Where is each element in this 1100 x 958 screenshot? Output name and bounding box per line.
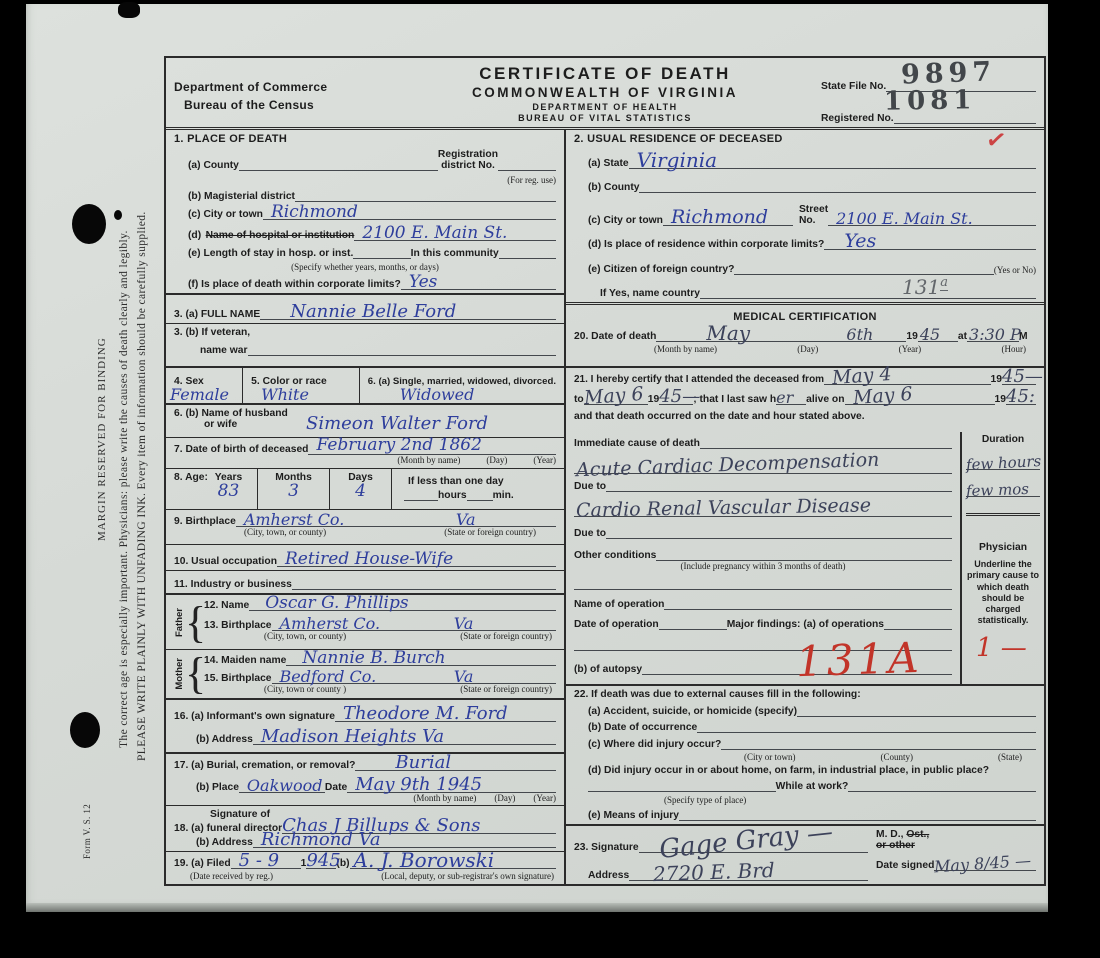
due-to-1-label: Due to bbox=[574, 481, 606, 492]
county-line bbox=[239, 157, 438, 171]
specify-years-note: (Specify whether years, months, or days) bbox=[174, 262, 556, 272]
father-side-label: Father bbox=[174, 608, 185, 637]
md-label: M. D., Ost., bbox=[876, 829, 1036, 840]
father-side-label-wrap: Father { bbox=[174, 597, 204, 647]
section-place-of-death: 1. PLACE OF DEATH (a) County Registratio… bbox=[166, 130, 564, 295]
left-column: 1. PLACE OF DEATH (a) County Registratio… bbox=[166, 130, 566, 884]
red-file-number: 131A bbox=[795, 637, 923, 683]
operation-label: Name of operation bbox=[574, 599, 664, 610]
mother-side-label: Mother bbox=[174, 658, 185, 690]
yes-or-no-note: (Yes or No) bbox=[994, 265, 1036, 275]
injury-place-line bbox=[588, 778, 776, 792]
informant-address-label: (b) Address bbox=[174, 734, 253, 745]
spouse-value: Simeon Walter Ford bbox=[306, 415, 488, 433]
duration-label: Duration bbox=[966, 434, 1040, 445]
in-this-community-line bbox=[499, 245, 556, 259]
burial-label: 17. (a) Burial, cremation, or removal? bbox=[174, 760, 355, 771]
father-name-label: 12. Name bbox=[204, 600, 249, 611]
magisterial-district-line bbox=[295, 188, 556, 202]
death-hour-value: 3:30 P. bbox=[969, 327, 1023, 343]
means-of-injury-label: (e) Means of injury bbox=[588, 810, 679, 821]
section-filed: 19. (a) Filed 5 - 9 1 945 (b) A. J. Boro… bbox=[166, 852, 564, 884]
injury-where-label: (c) Where did injury occur? bbox=[588, 739, 721, 750]
from-year-value: 45— bbox=[1002, 368, 1043, 386]
alive-year-value: 45: bbox=[1006, 388, 1035, 406]
section-birthplace: 9. Birthplace Amherst Co. Va (City, town… bbox=[166, 510, 564, 545]
mother-name-value: Nannie B. Burch bbox=[302, 650, 445, 667]
due-to-1-line bbox=[606, 478, 952, 492]
filed-note-a: (Date received by reg.) bbox=[190, 871, 273, 881]
residence-county-label: (b) County bbox=[588, 182, 639, 193]
full-name-label: 3. (a) FULL NAME bbox=[174, 309, 260, 320]
for-reg-use-note: (For reg. use) bbox=[174, 175, 556, 185]
place-of-death-heading: 1. PLACE OF DEATH bbox=[174, 133, 556, 145]
registered-label: Registered No. bbox=[821, 113, 894, 124]
death-month-note: (Month by name) bbox=[654, 344, 717, 354]
cause-duration-value: few hours bbox=[966, 454, 1042, 473]
pencil-number-sup: a bbox=[940, 275, 948, 291]
father-state-value: Va bbox=[454, 616, 474, 632]
external-causes-heading: 22. If death was due to external causes … bbox=[574, 689, 1036, 700]
section-mother: Mother { 14. Maiden name Nannie B. Burch… bbox=[166, 650, 564, 700]
attended-to-value: May 6 bbox=[583, 385, 644, 408]
signature-label: 23. Signature bbox=[574, 842, 639, 853]
mother-state-note: (State or foreign country) bbox=[460, 684, 552, 694]
section-occupation: 10. Usual occupation Retired House-Wife bbox=[166, 545, 564, 571]
form-header: Department of Commerce Bureau of the Cen… bbox=[166, 58, 1044, 130]
informant-signature-value: Theodore M. Ford bbox=[343, 705, 508, 723]
burial-place-value: Oakwood bbox=[247, 778, 323, 794]
veteran-line bbox=[248, 342, 556, 356]
immediate-cause-line1 bbox=[700, 435, 952, 449]
birthplace-label: 9. Birthplace bbox=[174, 516, 236, 527]
pencil-number: 131a bbox=[902, 275, 948, 299]
hospital-line-value: 2100 E. Main St. bbox=[362, 225, 507, 242]
section-physician-signature: 23. Signature Gage Gray — Address 2720 E… bbox=[566, 826, 1044, 884]
due-to-1-value: Cardio Renal Vascular Disease bbox=[576, 496, 871, 520]
red-checkmark: ✓ bbox=[984, 124, 1009, 156]
father-state-note: (State or foreign country) bbox=[460, 631, 552, 641]
dob-day-note: (Day) bbox=[486, 455, 507, 465]
while-at-work-line bbox=[848, 778, 1036, 792]
city-or-town-label: (c) City or town bbox=[188, 209, 263, 220]
physician-label: Physician bbox=[966, 542, 1040, 553]
operation-date-label: Date of operation bbox=[574, 619, 659, 630]
section-veteran: 3. (b) If veteran, name war bbox=[166, 324, 564, 368]
form-number: Form V. S. 12 bbox=[82, 776, 92, 886]
birthplace-value: Amherst Co. bbox=[244, 512, 345, 528]
title-block: CERTIFICATE OF DEATH COMMONWEALTH OF VIR… bbox=[389, 64, 821, 123]
hours-line bbox=[404, 487, 438, 501]
burial-day-note: (Day) bbox=[494, 793, 515, 803]
mother-brace: { bbox=[185, 654, 206, 694]
residence-corporate-value: Yes bbox=[844, 232, 876, 251]
funeral-address-value: Richmond Va bbox=[261, 831, 381, 849]
burial-value: Burial bbox=[395, 754, 451, 772]
means-of-injury-line bbox=[679, 807, 1036, 821]
burial-date-value: May 9th 1945 bbox=[355, 776, 482, 794]
accident-line bbox=[797, 703, 1036, 717]
burial-year-note: (Year) bbox=[533, 793, 556, 803]
red-statistical-mark: 1 — bbox=[966, 635, 1040, 661]
due-to-2-line bbox=[606, 525, 952, 539]
father-birthplace-value: Amherst Co. bbox=[280, 616, 381, 632]
name-country-label: If Yes, name country bbox=[588, 288, 700, 299]
occupation-value: Retired House-Wife bbox=[285, 551, 453, 568]
length-of-stay-label: (e) Length of stay in hosp. or inst. bbox=[188, 248, 353, 259]
death-year-note: (Year) bbox=[899, 344, 922, 354]
operation-line bbox=[664, 596, 952, 610]
specify-place-note: (Specify type of place) bbox=[574, 795, 1036, 805]
death-year-printed: 19 bbox=[906, 331, 917, 342]
commonwealth-title: COMMONWEALTH OF VIRGINIA bbox=[389, 85, 821, 100]
age-months-value: 3 bbox=[266, 483, 321, 500]
section-funeral-director: Signature of 18. (a) funeral director Ch… bbox=[166, 806, 564, 852]
min-line bbox=[467, 487, 493, 501]
bureau-of-vital-statistics: BUREAU OF VITAL STATISTICS bbox=[389, 113, 821, 123]
death-certificate-form: Department of Commerce Bureau of the Cen… bbox=[164, 56, 1046, 886]
operation-date-line bbox=[659, 616, 727, 630]
registration-district-label: Registration district No. bbox=[438, 149, 498, 172]
father-birthplace-label: 13. Birthplace bbox=[204, 620, 272, 631]
duration-physician-sidebar: Duration few hours few mos Physician Und… bbox=[960, 432, 1044, 684]
hospital-label: Name of hospital or institution bbox=[206, 230, 355, 241]
residence-city-value: Richmond bbox=[671, 208, 768, 227]
mother-name-label: 14. Maiden name bbox=[204, 655, 286, 666]
burial-place-label: (b) Place bbox=[174, 782, 239, 793]
due-to-2-label: Due to bbox=[574, 528, 606, 539]
min-label: min. bbox=[493, 490, 514, 501]
funeral-address-label: (b) Address bbox=[174, 837, 253, 848]
filed-note-b: (Local, deputy, or sub-registrar's own s… bbox=[381, 871, 554, 881]
dob-year-note: (Year) bbox=[533, 455, 556, 465]
date-of-death-label: 20. Date of death bbox=[574, 331, 656, 342]
citizen-foreign-label: (e) Citizen of foreign country? bbox=[588, 264, 734, 275]
marital-value: Widowed bbox=[400, 387, 475, 403]
accident-label: (a) Accident, suicide, or homicide (spec… bbox=[588, 706, 797, 717]
certify-text-2: ; that I last saw h bbox=[693, 394, 776, 405]
to-year-printed: 19 bbox=[648, 394, 659, 405]
corporate-limits-value: Yes bbox=[409, 274, 438, 291]
to-label: to bbox=[574, 394, 584, 405]
certificate-title: CERTIFICATE OF DEATH bbox=[389, 64, 821, 84]
department-of-health: DEPARTMENT OF HEALTH bbox=[389, 102, 821, 112]
reg-label-2: district No. bbox=[441, 160, 495, 171]
industry-label: 11. Industry or business bbox=[174, 579, 292, 590]
age-label: 8. Age: bbox=[174, 472, 208, 506]
injury-city-note: (City or town) bbox=[744, 752, 796, 762]
section-full-name: 3. (a) FULL NAME Nannie Belle Ford bbox=[166, 295, 564, 324]
county-label: (a) County bbox=[188, 160, 239, 171]
race-value: White bbox=[261, 387, 309, 403]
street-label-2: No. bbox=[799, 215, 816, 226]
filed-year-value: 945 bbox=[306, 852, 340, 870]
section-informant: 16. (a) Informant's own signature Theodo… bbox=[166, 700, 564, 754]
in-this-community-label: In this community bbox=[411, 248, 499, 259]
registration-district-line bbox=[498, 157, 556, 171]
alive-on-label: alive on bbox=[806, 394, 844, 405]
injury-where-line bbox=[721, 736, 1036, 750]
street-no-value: 2100 E. Main St. bbox=[836, 211, 973, 227]
street-label-1: Street bbox=[799, 204, 828, 215]
name-country-line bbox=[700, 285, 1036, 299]
agency-line1: Department of Commerce bbox=[174, 78, 389, 96]
section-burial: 17. (a) Burial, cremation, or removal? B… bbox=[166, 754, 564, 806]
death-day-note: (Day) bbox=[797, 344, 818, 354]
city-or-town-value: Richmond bbox=[271, 204, 358, 221]
reg-label-1: Registration bbox=[438, 149, 498, 160]
mother-birthplace-label: 15. Birthplace bbox=[204, 673, 272, 684]
occurrence-date-line bbox=[697, 719, 1036, 733]
age-years-value: 83 bbox=[208, 483, 249, 500]
residence-corporate-label: (d) Is place of residence within corpora… bbox=[588, 239, 824, 250]
margin-instruction-line2: The correct age is especially important.… bbox=[118, 84, 130, 894]
section-spouse: 6. (b) Name of husband or wife Simeon Wa… bbox=[166, 405, 564, 438]
section-sex-race-marital: 4. Sex Female 5. Color or race White 6. … bbox=[166, 368, 564, 405]
major-findings-line bbox=[884, 616, 952, 630]
mother-side-label-wrap: Mother { bbox=[174, 652, 204, 696]
due1-duration-value: few mos bbox=[966, 482, 1029, 499]
to-year-value: 45— bbox=[659, 388, 700, 406]
pencil-number-digits: 131 bbox=[902, 275, 940, 299]
duration-rule bbox=[966, 497, 1040, 516]
magisterial-district-label: (b) Magisterial district bbox=[188, 191, 295, 202]
street-no-label: Street No. bbox=[793, 204, 828, 227]
industry-line bbox=[292, 576, 556, 590]
punch-hole-top bbox=[72, 204, 106, 244]
corporate-limits-label: (f) Is place of death within corporate l… bbox=[188, 279, 401, 290]
ost-struck: Ost., bbox=[906, 829, 929, 840]
issuing-agency: Department of Commerce Bureau of the Cen… bbox=[174, 64, 389, 123]
dob-month-note: (Month by name) bbox=[397, 455, 460, 465]
saw-her-value: er bbox=[776, 390, 793, 406]
certify-text-3: and that death occurred on the date and … bbox=[574, 411, 1036, 422]
mother-state-value: Va bbox=[454, 669, 474, 685]
death-year-value: 45 bbox=[920, 327, 940, 343]
certify-text-1: 21. I hereby certify that I attended the… bbox=[574, 374, 824, 385]
registered-line bbox=[894, 110, 1036, 124]
citizen-foreign-line bbox=[734, 261, 993, 275]
father-name-value: Oscar G. Phillips bbox=[265, 595, 408, 612]
residence-county-line bbox=[639, 179, 1036, 193]
other-conditions-label: Other conditions bbox=[574, 550, 656, 561]
informant-signature-label: 16. (a) Informant's own signature bbox=[174, 711, 335, 722]
section-age: 8. Age: Years 83 Months 3 Days 4 bbox=[166, 469, 564, 510]
immediate-cause-label: Immediate cause of death bbox=[574, 438, 700, 449]
state-file-label: State File No. bbox=[821, 81, 886, 92]
residence-state-label: (a) State bbox=[588, 158, 629, 169]
veteran-label-1: 3. (b) If veteran, bbox=[174, 327, 556, 338]
section-date-of-birth: 7. Date of birth of deceased February 2n… bbox=[166, 438, 564, 469]
agency-line2: Bureau of the Census bbox=[174, 96, 389, 114]
date-signed-label: Date signed bbox=[876, 860, 934, 871]
section-residence: ✓ 2. USUAL RESIDENCE OF DECEASED (a) Sta… bbox=[566, 130, 1044, 305]
residence-city-label: (c) City or town bbox=[588, 215, 663, 226]
causes-main: Immediate cause of death Acute Cardiac D… bbox=[566, 432, 960, 684]
physician-signature-value: Gage Gray — bbox=[658, 819, 834, 863]
major-findings-label: Major findings: (a) of operations bbox=[727, 619, 884, 630]
while-at-work-label: While at work? bbox=[776, 781, 849, 792]
physician-address-label: Address bbox=[574, 870, 629, 881]
burial-date-label: Date bbox=[325, 782, 347, 793]
injury-home-label: (d) Did injury occur in or about home, o… bbox=[574, 765, 1036, 776]
hospital-label-prefix: (d) bbox=[188, 230, 201, 241]
section-date-of-death: 20. Date of death May 6th 19 45 at 3:30 … bbox=[566, 325, 1044, 368]
physician-note: Underline the primary cause to which dea… bbox=[966, 559, 1040, 627]
alive-year-printed: 19 bbox=[995, 394, 1006, 405]
alive-on-value: May 6 bbox=[852, 385, 913, 408]
age-days-value: 4 bbox=[338, 483, 383, 500]
death-day-value: 6th bbox=[846, 327, 873, 343]
registrar-signature-value: A. J. Borowski bbox=[354, 850, 495, 870]
date-of-birth-label: 7. Date of birth of deceased bbox=[174, 444, 308, 455]
from-year-printed: 19 bbox=[991, 374, 1002, 385]
mother-birthplace-value: Bedford Co. bbox=[280, 669, 377, 685]
residence-state-value: Virginia bbox=[637, 150, 717, 170]
causes-block: Immediate cause of death Acute Cardiac D… bbox=[566, 432, 1044, 686]
death-month-value: May bbox=[706, 323, 750, 343]
filed-label: 19. (a) Filed bbox=[174, 858, 231, 869]
autopsy-label: (b) of autopsy bbox=[574, 664, 642, 675]
section-certify: 21. I hereby certify that I attended the… bbox=[566, 368, 1044, 432]
date-signed-value: May 8/45 — bbox=[934, 853, 1032, 876]
informant-address-value: Madison Heights Va bbox=[261, 728, 444, 746]
immediate-cause-value: Acute Cardiac Decompensation bbox=[576, 451, 880, 481]
veteran-label-2: name war bbox=[174, 345, 248, 356]
filed-date-value: 5 - 9 bbox=[239, 852, 279, 870]
section-father: Father { 12. Name Oscar G. Phillips 13. … bbox=[166, 595, 564, 650]
sex-value: Female bbox=[170, 387, 229, 403]
full-name-value: Nannie Belle Ford bbox=[290, 303, 456, 321]
punch-hole-bottom bbox=[70, 712, 100, 748]
margin-binding-note: MARGIN RESERVED FOR BINDING bbox=[96, 244, 108, 634]
at-label: at bbox=[958, 331, 967, 342]
scanned-certificate-paper: Form V. S. 12 MARGIN RESERVED FOR BINDIN… bbox=[26, 4, 1048, 910]
medical-certification-heading-row: MEDICAL CERTIFICATION bbox=[566, 305, 1044, 325]
section-industry: 11. Industry or business bbox=[166, 571, 564, 595]
injury-county-note: (County) bbox=[881, 752, 914, 762]
medical-certification-heading: MEDICAL CERTIFICATION bbox=[733, 311, 876, 323]
birthplace-state-value: Va bbox=[456, 512, 476, 528]
date-of-birth-value: February 2nd 1862 bbox=[316, 437, 481, 454]
death-hour-note: (Hour) bbox=[1001, 344, 1026, 354]
scan-blemish bbox=[118, 2, 140, 18]
residence-heading: 2. USUAL RESIDENCE OF DECEASED bbox=[574, 133, 1036, 145]
other-conditions-line bbox=[656, 547, 952, 561]
margin-instruction-line1: PLEASE WRITE PLAINLY WITH UNFADING INK. … bbox=[136, 76, 148, 896]
blank-line-1 bbox=[574, 575, 952, 590]
md-text: M. D., bbox=[876, 829, 903, 840]
less-than-one-day-label: If less than one day bbox=[400, 472, 556, 487]
occurrence-date-label: (b) Date of occurrence bbox=[588, 722, 697, 733]
or-other-struck: or other bbox=[876, 840, 1036, 851]
hours-label: hours bbox=[438, 490, 467, 501]
injury-state-note: (State) bbox=[998, 752, 1022, 762]
physician-address-value: 2720 E. Brd bbox=[653, 860, 775, 884]
length-of-stay-line bbox=[353, 245, 410, 259]
file-numbers: 9897 State File No. 1081 Registered No. bbox=[821, 64, 1036, 123]
section-external-causes: 22. If death was due to external causes … bbox=[566, 686, 1044, 826]
occupation-label: 10. Usual occupation bbox=[174, 556, 277, 567]
pregnancy-note: (Include pregnancy within 3 months of de… bbox=[574, 561, 952, 571]
father-brace: { bbox=[185, 603, 206, 643]
right-column: ✓ 2. USUAL RESIDENCE OF DECEASED (a) Sta… bbox=[566, 130, 1044, 884]
